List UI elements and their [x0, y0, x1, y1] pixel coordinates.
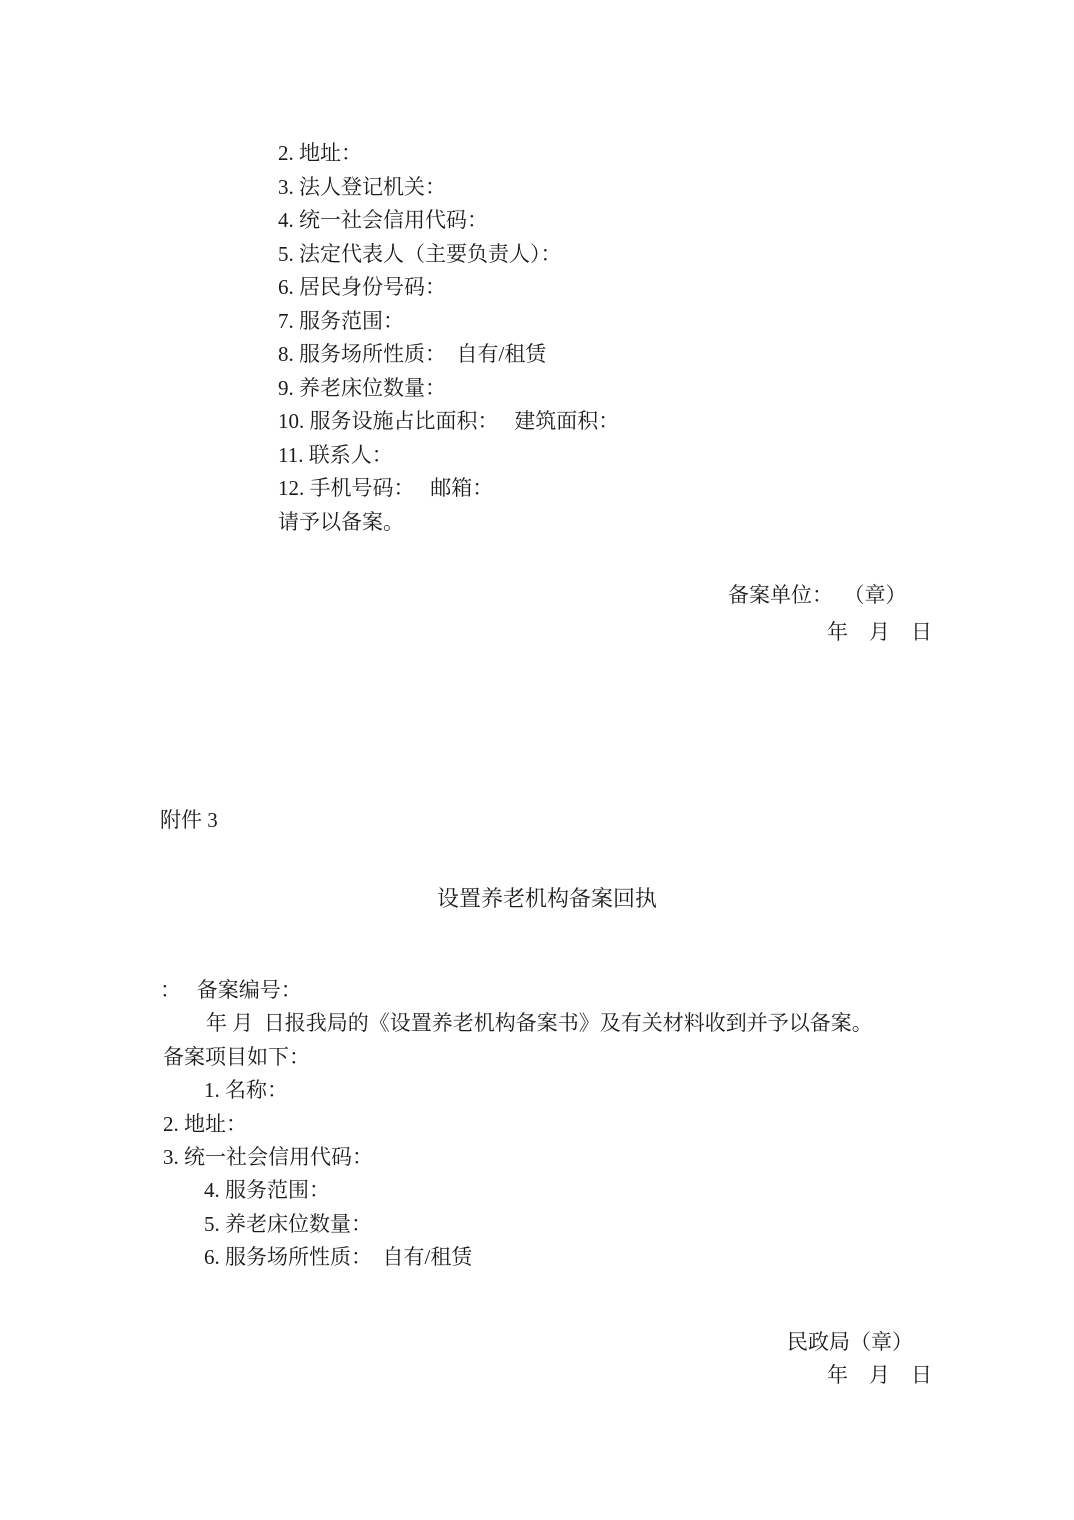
- filing-form-items: 2. 地址： 3. 法人登记机关： 4. 统一社会信用代码： 5. 法定代表人（…: [278, 137, 619, 539]
- receipt-item-premises: 6. 服务场所性质： 自有/租赁: [160, 1241, 873, 1274]
- form-item-legal-rep: 5. 法定代表人（主要负责人）：: [278, 238, 619, 272]
- receipt-item-bed-count: 5. 养老床位数量：: [160, 1208, 873, 1241]
- form-item-registry: 3. 法人登记机关：: [278, 171, 619, 205]
- receipt-item-scope: 4. 服务范围：: [160, 1174, 873, 1207]
- form-item-phone-email: 12. 手机号码： 邮箱：: [278, 472, 619, 506]
- filing-number-line: ： 备案编号：: [160, 974, 873, 1007]
- signature-date-line: 年 月 日: [827, 616, 932, 650]
- form-item-address: 2. 地址：: [278, 137, 619, 171]
- attachment-label: 附件 3: [160, 804, 218, 838]
- form-item-service-scope: 7. 服务范围：: [278, 305, 619, 339]
- form-item-id-number: 6. 居民身份号码：: [278, 271, 619, 305]
- form-item-bed-count: 9. 养老床位数量：: [278, 372, 619, 406]
- receipt-body: ： 备案编号： 年 月 日报我局的《设置养老机构备案书》及有关材料收到并予以备案…: [160, 974, 873, 1275]
- form-item-contact: 11. 联系人：: [278, 439, 619, 473]
- form-item-credit-code: 4. 统一社会信用代码：: [278, 204, 619, 238]
- form-item-premises: 8. 服务场所性质： 自有/租赁: [278, 338, 619, 372]
- receipt-item-name: 1. 名称：: [160, 1074, 873, 1107]
- signature-unit-line: 备案单位： （章）: [728, 579, 907, 613]
- form-item-facility-area: 10. 服务设施占比面积： 建筑面积：: [278, 405, 619, 439]
- items-intro-line: 备案项目如下：: [160, 1041, 873, 1074]
- receipt-item-credit-code: 3. 统一社会信用代码：: [160, 1141, 873, 1174]
- document-page: 2. 地址： 3. 法人登记机关： 4. 统一社会信用代码： 5. 法定代表人（…: [0, 0, 1074, 1520]
- document-title: 设置养老机构备案回执: [0, 882, 1074, 916]
- authority-date-line: 年 月 日: [827, 1359, 932, 1393]
- authority-stamp-line: 民政局（章）: [787, 1326, 913, 1360]
- receipt-paragraph: 年 月 日报我局的《设置养老机构备案书》及有关材料收到并予以备案。: [160, 1007, 873, 1040]
- closing-request-line: 请予以备案。: [278, 506, 619, 540]
- receipt-item-address: 2. 地址：: [160, 1108, 873, 1141]
